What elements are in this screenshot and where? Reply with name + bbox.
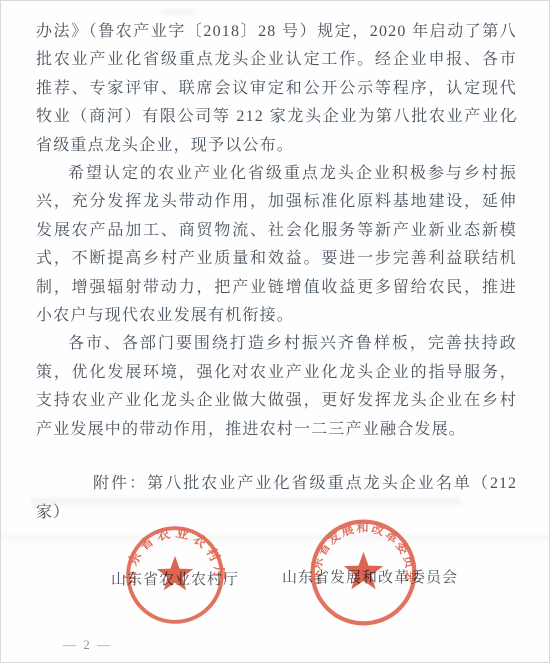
document-body: 办法》（鲁农产业字〔2018〕28 号）规定，2020 年启动了第八批农业产业化…: [36, 18, 517, 527]
paragraph-expectations: 希望认定的农业产业化省级重点龙头企业积极参与乡村振兴，充分发挥龙头带动作用，加强…: [36, 160, 517, 330]
document-page: 办法》（鲁农产业字〔2018〕28 号）规定，2020 年启动了第八批农业产业化…: [0, 0, 550, 663]
paragraph-requirements: 各市、各部门要围绕打造乡村振兴齐鲁样板，完善扶持政策，优化发展环境，强化对农业产…: [36, 330, 517, 444]
scan-artifact-streak: [1, 534, 550, 541]
attachment-line: 附件：第八批农业产业化省级重点龙头企业名单（212 家）: [36, 470, 517, 527]
scan-artifact-streak: [161, 9, 195, 15]
official-seal-development-reform: 山东省发展和改革委员会: [307, 516, 420, 629]
page-number: — 2 —: [63, 637, 112, 653]
star-icon: [157, 556, 193, 590]
paragraph-continuation: 办法》（鲁农产业字〔2018〕28 号）规定，2020 年启动了第八批农业产业化…: [36, 18, 517, 160]
star-icon: [344, 552, 383, 589]
official-seal-agriculture: 山东省农业农村厅: [123, 523, 227, 627]
